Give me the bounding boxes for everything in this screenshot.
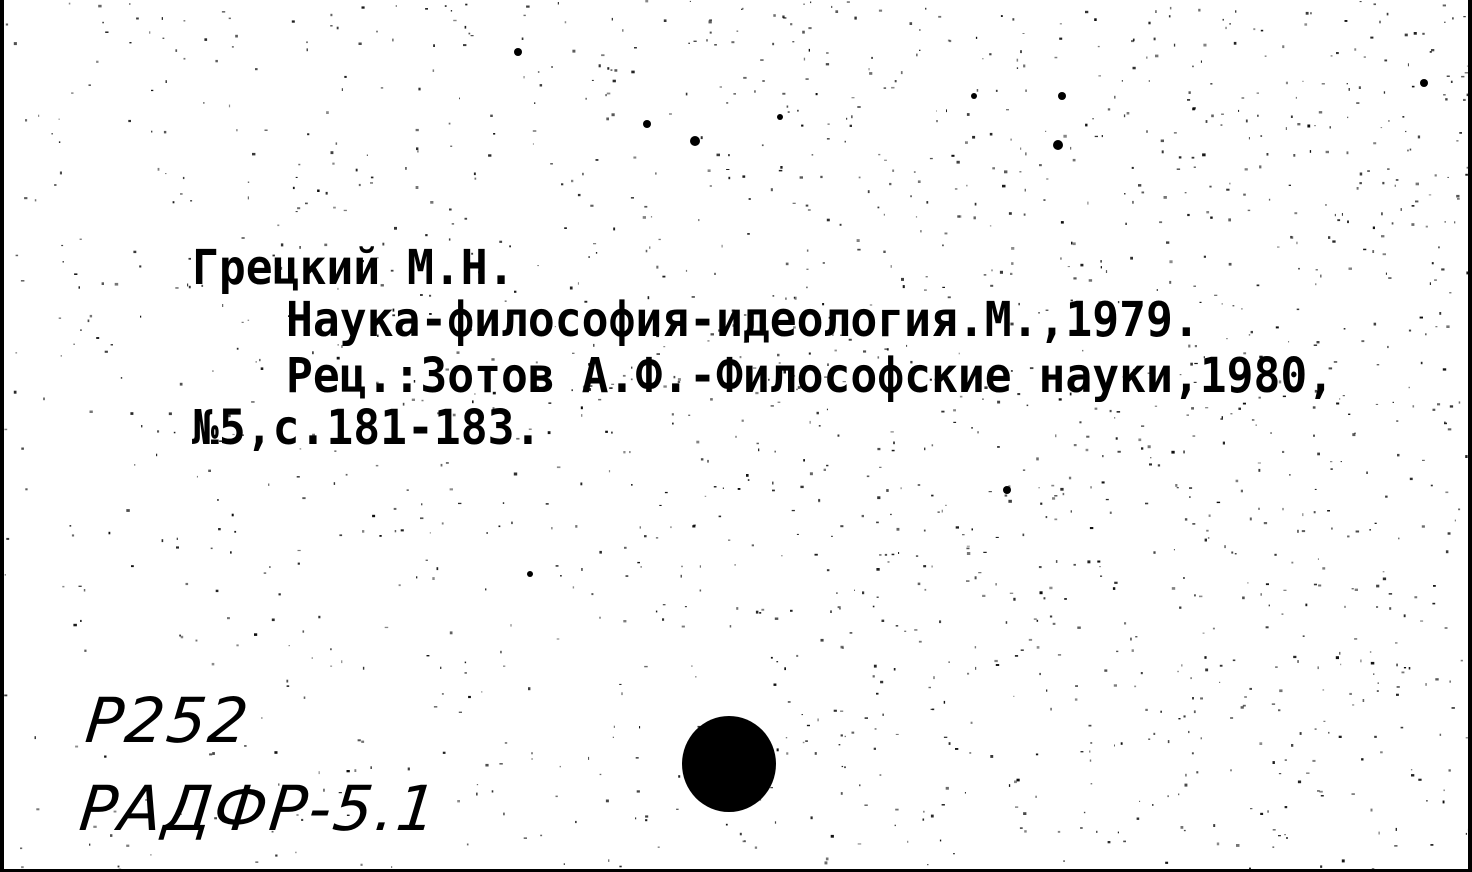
- title-line: Наука-философия-идеология.М.,1979.: [286, 296, 1200, 344]
- review-issue-line: №5,с.181-183.: [192, 404, 541, 452]
- catalog-card: Грецкий М.Н. Наука-философия-идеология.М…: [0, 0, 1472, 872]
- punch-hole: [682, 716, 776, 812]
- handwritten-code: РАДФР-5.1: [77, 778, 442, 840]
- review-line: Рец.:Зотов А.Ф.-Философские науки,1980,: [286, 352, 1334, 400]
- author-line: Грецкий М.Н.: [192, 244, 515, 292]
- handwritten-shelfmark: Р252: [83, 690, 253, 752]
